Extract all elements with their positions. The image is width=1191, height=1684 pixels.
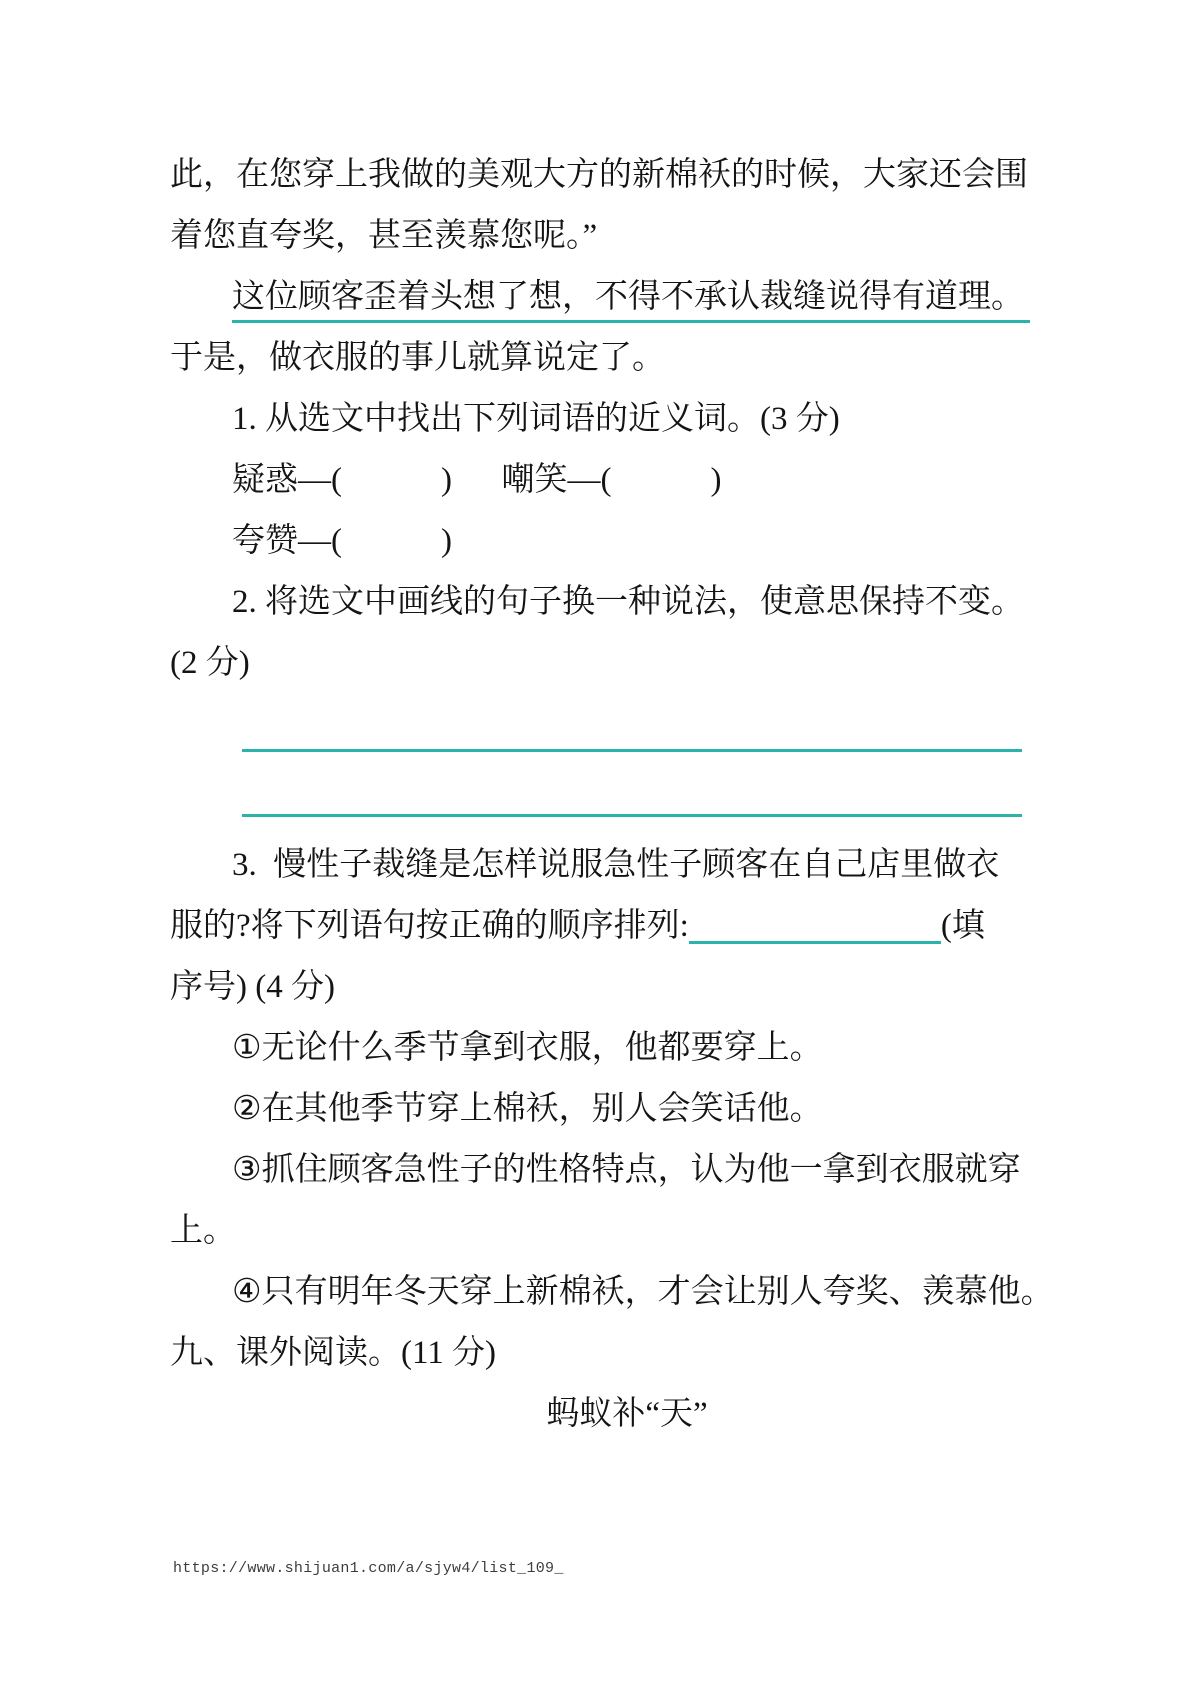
answer-blank-line-1	[242, 749, 1022, 752]
passage-line-4: 于是，做衣服的事儿就算说定了。	[170, 328, 1022, 389]
question-3-option-4: ④只有明年冬天穿上新棉袄，才会让别人夸奖、羡慕他。	[170, 1262, 1022, 1323]
passage-line-2: 着您直夸奖，甚至羡慕您呢。”	[170, 206, 1022, 267]
source-url: https://www.shijuan1.com/a/sjyw4/list_10…	[173, 1560, 564, 1577]
exam-paper-page: 此，在您穿上我做的美观大方的新棉袄的时候，大家还会围 着您直夸奖，甚至羡慕您呢。…	[0, 0, 1191, 1684]
page-content: 此，在您穿上我做的美观大方的新棉袄的时候，大家还会围 着您直夸奖，甚至羡慕您呢。…	[0, 0, 1191, 1445]
question-2-answer-area	[242, 749, 1022, 817]
question-1-synonym-row-2: 夸赞—( )	[170, 511, 1022, 572]
question-3-prompt-line-3: 序号) (4 分)	[170, 957, 1022, 1018]
question-3-text-before-blank: 服的?将下列语句按正确的顺序排列:	[170, 908, 689, 944]
question-2-prompt-line-2: (2 分)	[170, 633, 1022, 694]
question-3-option-3-continuation: 上。	[170, 1201, 1022, 1262]
answer-blank-line-2	[242, 814, 1022, 817]
passage-line-1: 此，在您穿上我做的美观大方的新棉袄的时候，大家还会围	[170, 145, 1022, 206]
reading-passage-title: 蚂蚁补“天”	[170, 1384, 1022, 1445]
underlined-sentence: 这位顾客歪着头想了想，不得不承认裁缝说得有道理。	[232, 279, 1030, 323]
question-1-synonym-row-1: 疑惑—( ) 嘲笑—( )	[170, 450, 1022, 511]
question-1-prompt: 1. 从选文中找出下列词语的近义词。(3 分)	[170, 389, 1022, 450]
question-3-text-after-blank: (填	[941, 908, 985, 944]
inline-answer-blank	[689, 941, 941, 944]
question-3-prompt-line-2: 服的?将下列语句按正确的顺序排列:(填	[170, 896, 1022, 957]
question-3-prompt-line-1: 3. 慢性子裁缝是怎样说服急性子顾客在自己店里做衣	[170, 835, 1022, 896]
question-3-option-2: ②在其他季节穿上棉袄，别人会笑话他。	[170, 1079, 1022, 1140]
question-2-prompt-line-1: 2. 将选文中画线的句子换一种说法，使意思保持不变。	[170, 572, 1022, 633]
question-3-option-1: ①无论什么季节拿到衣服，他都要穿上。	[170, 1018, 1022, 1079]
passage-line-3: 这位顾客歪着头想了想，不得不承认裁缝说得有道理。	[170, 267, 1022, 328]
question-3-option-3: ③抓住顾客急性子的性格特点，认为他一拿到衣服就穿	[170, 1140, 1022, 1201]
section-nine-heading: 九、课外阅读。(11 分)	[170, 1323, 1022, 1384]
